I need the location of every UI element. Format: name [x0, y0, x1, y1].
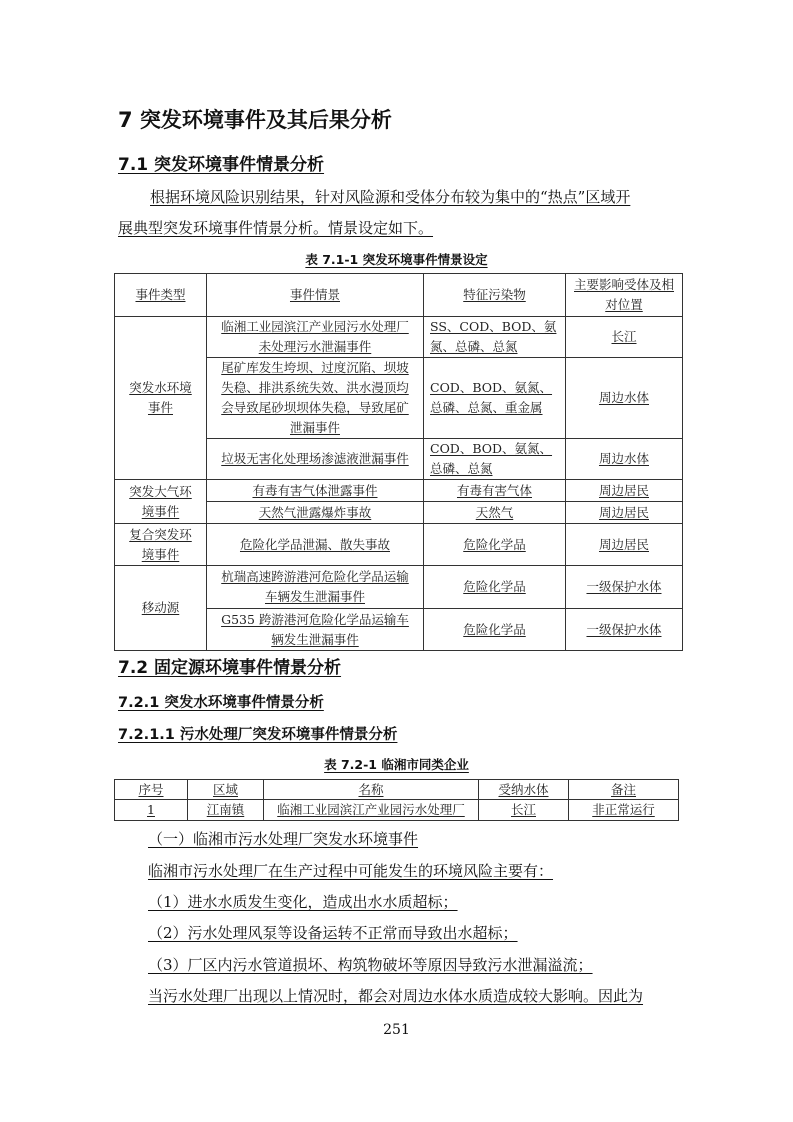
receptor-cell: 周边水体: [566, 439, 683, 480]
scenario-cell: 杭瑞高速跨游港河危险化学品运输车辆发生泄漏事件: [207, 566, 424, 609]
header-cell: 事件类型: [115, 274, 207, 317]
header-cell: 主要影响受体及相对位置: [566, 274, 683, 317]
section-7-2-1-1-title: 7.2.1.1 污水处理厂突发环境事件情景分析: [118, 723, 397, 744]
header-cell: 事件情景: [207, 274, 424, 317]
table-cell: 1: [115, 800, 188, 821]
table-cell: 非正常运行: [569, 800, 679, 821]
scenario-cell: 天然气泄露爆炸事故: [207, 502, 424, 524]
scenario-cell: 有毒有害气体泄露事件: [207, 480, 424, 502]
event-type-cell: 突发水环境事件: [115, 317, 207, 480]
receptor-cell: 一级保护水体: [566, 609, 683, 651]
event-type-cell: 复合突发环境事件: [115, 524, 207, 566]
body-line-4: （2）污水处理风泵等设备运转不正常而导致出水超标；: [148, 922, 518, 943]
body-line-1: （一）临湘市污水处理厂突发水环境事件: [148, 828, 418, 849]
scenario-cell: G535 跨游港河危险化学品运输车辆发生泄漏事件: [207, 609, 424, 651]
body-line-2: 临湘市污水处理厂在生产过程中可能发生的环境风险主要有：: [148, 860, 553, 881]
receptor-cell: 周边居民: [566, 524, 683, 566]
table2-caption-text: 表 7.2-1 临湘市同类企业: [324, 757, 469, 772]
table1-caption: 表 7.1-1 突发环境事件情景设定: [0, 250, 793, 268]
scenario-table: 事件类型 事件情景 特征污染物 主要影响受体及相对位置 突发水环境事件 临湘工业…: [114, 273, 683, 651]
pollutant-cell: COD、BOD、氨氮、总磷、总氮、重金属: [424, 358, 566, 439]
similar-enterprises-table: 序号 区域 名称 受纳水体 备注 1 江南镇 临湘工业园滨江产业园污水处理厂 长…: [114, 779, 679, 821]
header-cell: 名称: [264, 780, 479, 800]
table-cell: 长江: [479, 800, 569, 821]
header-cell: 区域: [188, 780, 264, 800]
header-cell: 受纳水体: [479, 780, 569, 800]
pollutant-cell: 有毒有害气体: [424, 480, 566, 502]
table-header-row: 序号 区域 名称 受纳水体 备注: [115, 780, 679, 800]
pollutant-cell: 危险化学品: [424, 524, 566, 566]
receptor-cell: 长江: [566, 317, 683, 358]
pollutant-cell: 危险化学品: [424, 566, 566, 609]
receptor-cell: 周边水体: [566, 358, 683, 439]
header-cell: 备注: [569, 780, 679, 800]
event-type-cell: 突发大气环境事件: [115, 480, 207, 524]
table-cell: 临湘工业园滨江产业园污水处理厂: [264, 800, 479, 821]
section-7-1-title: 7.1 突发环境事件情景分析: [118, 150, 324, 175]
intro-paragraph-line1: 根据环境风险识别结果，针对风险源和受体分布较为集中的“热点”区域开: [150, 186, 630, 207]
scenario-cell: 尾矿库发生垮坝、过度沉陷、坝坡失稳、排洪系统失效、洪水漫顶均会导致尾砂坝坝体失稳…: [207, 358, 424, 439]
table-row: 移动源 杭瑞高速跨游港河危险化学品运输车辆发生泄漏事件 危险化学品 一级保护水体: [115, 566, 683, 609]
table-row: 突发大气环境事件 有毒有害气体泄露事件 有毒有害气体 周边居民: [115, 480, 683, 502]
intro-paragraph-line2: 展典型突发环境事件情景分析。情景设定如下。: [118, 217, 433, 238]
scenario-cell: 危险化学品泄漏、散失事故: [207, 524, 424, 566]
pollutant-cell: COD、BOD、氨氮、总磷、总氮: [424, 439, 566, 480]
pollutant-cell: 天然气: [424, 502, 566, 524]
receptor-cell: 周边居民: [566, 480, 683, 502]
section-7-2-title: 7.2 固定源环境事件情景分析: [118, 653, 341, 678]
table-header-row: 事件类型 事件情景 特征污染物 主要影响受体及相对位置: [115, 274, 683, 317]
table-cell: 江南镇: [188, 800, 264, 821]
receptor-cell: 周边居民: [566, 502, 683, 524]
table-row: 1 江南镇 临湘工业园滨江产业园污水处理厂 长江 非正常运行: [115, 800, 679, 821]
header-cell: 序号: [115, 780, 188, 800]
scenario-cell: 垃圾无害化处理场渗滤液泄漏事件: [207, 439, 424, 480]
table-row: 突发水环境事件 临湘工业园滨江产业园污水处理厂未处理污水泄漏事件 SS、COD、…: [115, 317, 683, 358]
event-type-cell: 移动源: [115, 566, 207, 651]
chapter-title: 7 突发环境事件及其后果分析: [118, 104, 392, 134]
body-line-6: 当污水处理厂出现以上情况时，都会对周边水体水质造成较大影响。因此为: [148, 985, 643, 1006]
page-number: 251: [0, 1022, 793, 1038]
pollutant-cell: SS、COD、BOD、氨氮、总磷、总氮: [424, 317, 566, 358]
pollutant-cell: 危险化学品: [424, 609, 566, 651]
scenario-cell: 临湘工业园滨江产业园污水处理厂未处理污水泄漏事件: [207, 317, 424, 358]
table2-caption: 表 7.2-1 临湘市同类企业: [0, 755, 793, 773]
table-row: 复合突发环境事件 危险化学品泄漏、散失事故 危险化学品 周边居民: [115, 524, 683, 566]
body-line-5: （3）厂区内污水管道损坏、构筑物破坏等原因导致污水泄漏溢流；: [148, 954, 593, 975]
section-7-2-1-title: 7.2.1 突发水环境事件情景分析: [118, 691, 324, 712]
header-cell: 特征污染物: [424, 274, 566, 317]
table1-caption-text: 表 7.1-1 突发环境事件情景设定: [305, 252, 487, 267]
receptor-cell: 一级保护水体: [566, 566, 683, 609]
body-line-3: （1）进水水质发生变化，造成出水水质超标；: [148, 891, 458, 912]
